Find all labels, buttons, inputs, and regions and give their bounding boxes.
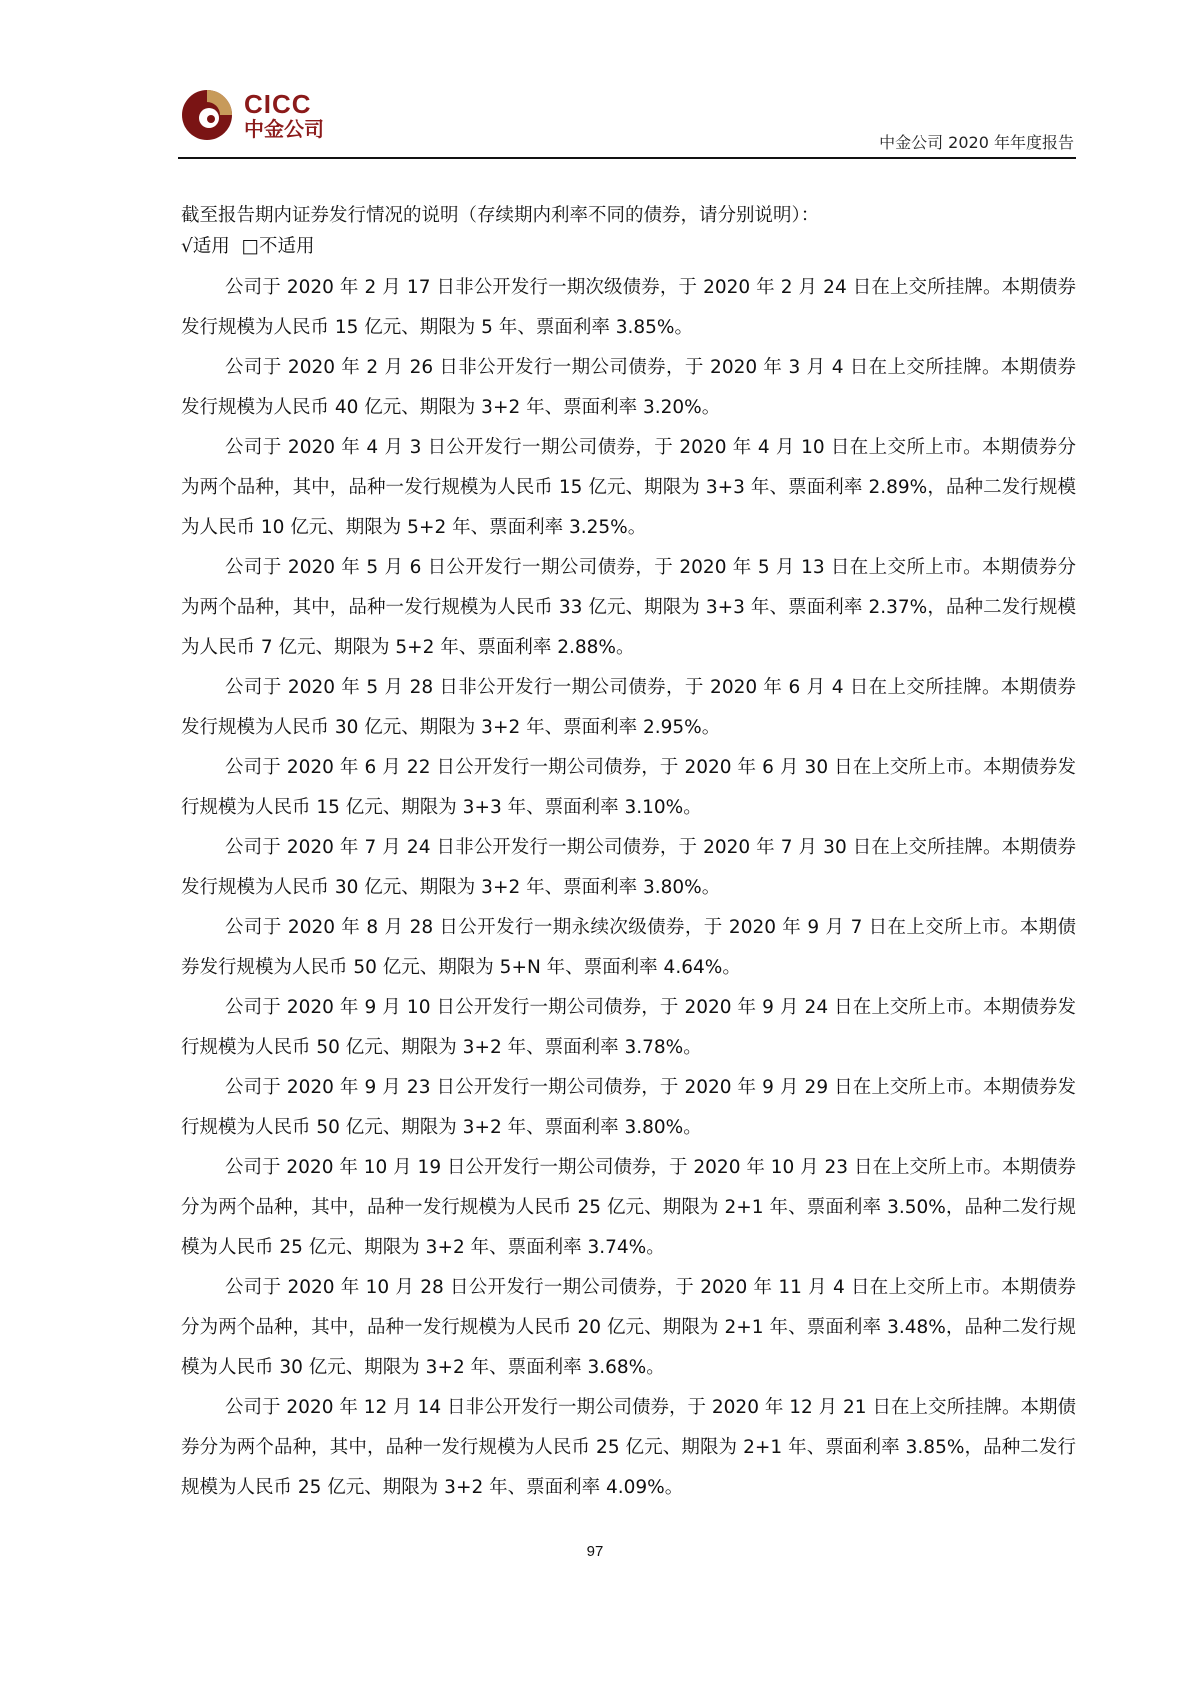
cicc-logo-icon	[180, 88, 234, 142]
page-number: 97	[0, 1543, 1190, 1560]
bond-issuance-paragraph: 公司于 2020 年 2 月 26 日非公开发行一期公司债券，于 2020 年 …	[181, 348, 1076, 428]
bond-issuance-paragraph: 公司于 2020 年 10 月 19 日公开发行一期公司债券，于 2020 年 …	[181, 1148, 1076, 1268]
cicc-logo: CICC 中金公司	[180, 88, 324, 142]
header-divider	[178, 157, 1076, 159]
logo-chinese-name: 中金公司	[244, 119, 324, 139]
document-body: 截至报告期内证券发行情况的说明（存续期内利率不同的债券，请分别说明）： √适用 …	[181, 200, 1076, 1508]
bond-issuance-paragraph: 公司于 2020 年 9 月 10 日公开发行一期公司债券，于 2020 年 9…	[181, 988, 1076, 1068]
applicable-checked: √适用	[181, 236, 230, 257]
bond-issuance-paragraph: 公司于 2020 年 10 月 28 日公开发行一期公司债券，于 2020 年 …	[181, 1268, 1076, 1388]
logo-english-name: CICC	[244, 91, 324, 117]
bond-issuance-paragraph: 公司于 2020 年 8 月 28 日公开发行一期永续次级债券，于 2020 年…	[181, 908, 1076, 988]
report-title: 中金公司 2020 年年度报告	[879, 130, 1074, 153]
bond-issuance-paragraph: 公司于 2020 年 2 月 17 日非公开发行一期次级债券，于 2020 年 …	[181, 268, 1076, 348]
section-intro: 截至报告期内证券发行情况的说明（存续期内利率不同的债券，请分别说明）：	[181, 200, 1076, 232]
not-applicable-option: □不适用	[242, 236, 315, 257]
bond-issuance-paragraph: 公司于 2020 年 5 月 28 日非公开发行一期公司债券，于 2020 年 …	[181, 668, 1076, 748]
bond-issuance-paragraph: 公司于 2020 年 9 月 23 日公开发行一期公司债券，于 2020 年 9…	[181, 1068, 1076, 1148]
bond-issuance-paragraph: 公司于 2020 年 7 月 24 日非公开发行一期公司债券，于 2020 年 …	[181, 828, 1076, 908]
bond-issuance-paragraph: 公司于 2020 年 4 月 3 日公开发行一期公司债券，于 2020 年 4 …	[181, 428, 1076, 548]
bond-issuance-paragraph: 公司于 2020 年 6 月 22 日公开发行一期公司债券，于 2020 年 6…	[181, 748, 1076, 828]
applicability-options: √适用 □不适用	[181, 232, 1076, 268]
bond-issuance-paragraph: 公司于 2020 年 12 月 14 日非公开发行一期公司债券，于 2020 年…	[181, 1388, 1076, 1508]
bond-issuance-paragraph: 公司于 2020 年 5 月 6 日公开发行一期公司债券，于 2020 年 5 …	[181, 548, 1076, 668]
